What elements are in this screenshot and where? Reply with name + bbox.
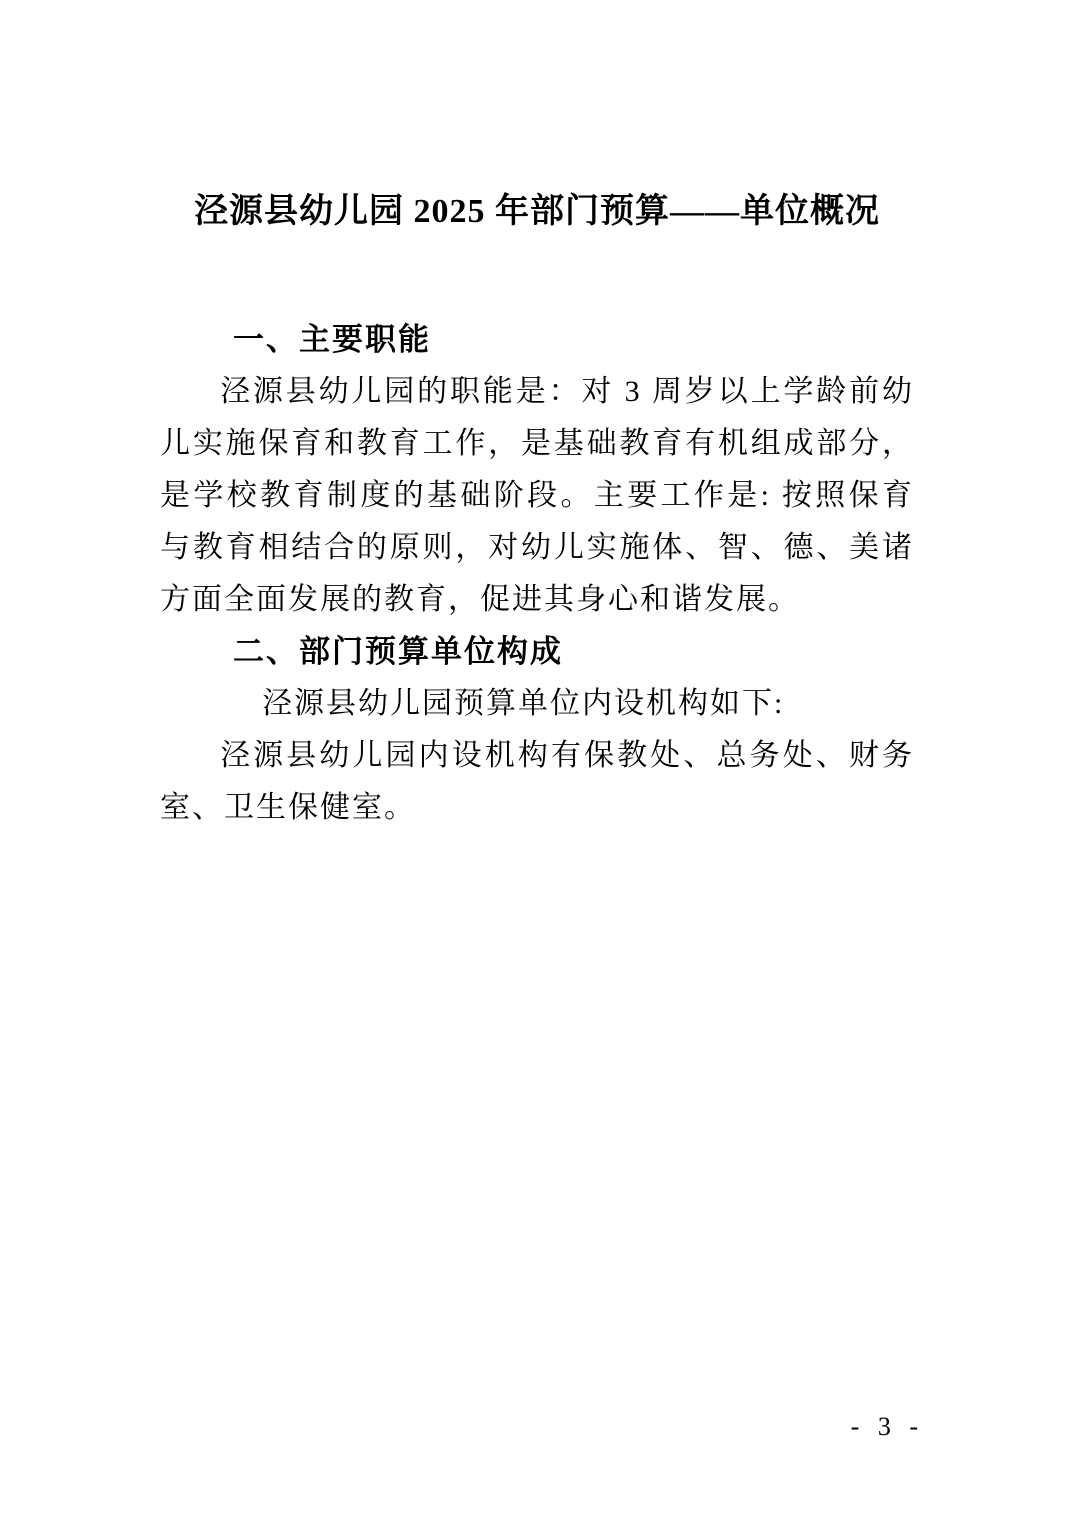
- section-heading-main-functions: 一、主要职能: [160, 314, 914, 366]
- paragraph-main-functions: 泾源县幼儿园的职能是：对 3 周岁以上学龄前幼儿实施保育和教育工作，是基础教育有…: [160, 366, 914, 626]
- page-title: 泾源县幼儿园 2025 年部门预算——单位概况: [160, 190, 914, 234]
- page-number: - 3 -: [851, 1412, 924, 1442]
- section-heading-budget-unit-composition: 二、部门预算单位构成: [160, 626, 914, 678]
- paragraph-internal-orgs-list: 泾源县幼儿园内设机构有保教处、总务处、财务室、卫生保健室。: [160, 730, 914, 834]
- document-page: 泾源县幼儿园 2025 年部门预算——单位概况 一、主要职能 泾源县幼儿园的职能…: [0, 0, 1074, 1520]
- paragraph-internal-orgs-intro: 泾源县幼儿园预算单位内设机构如下:: [160, 678, 914, 730]
- document-content: 泾源县幼儿园 2025 年部门预算——单位概况 一、主要职能 泾源县幼儿园的职能…: [160, 0, 914, 834]
